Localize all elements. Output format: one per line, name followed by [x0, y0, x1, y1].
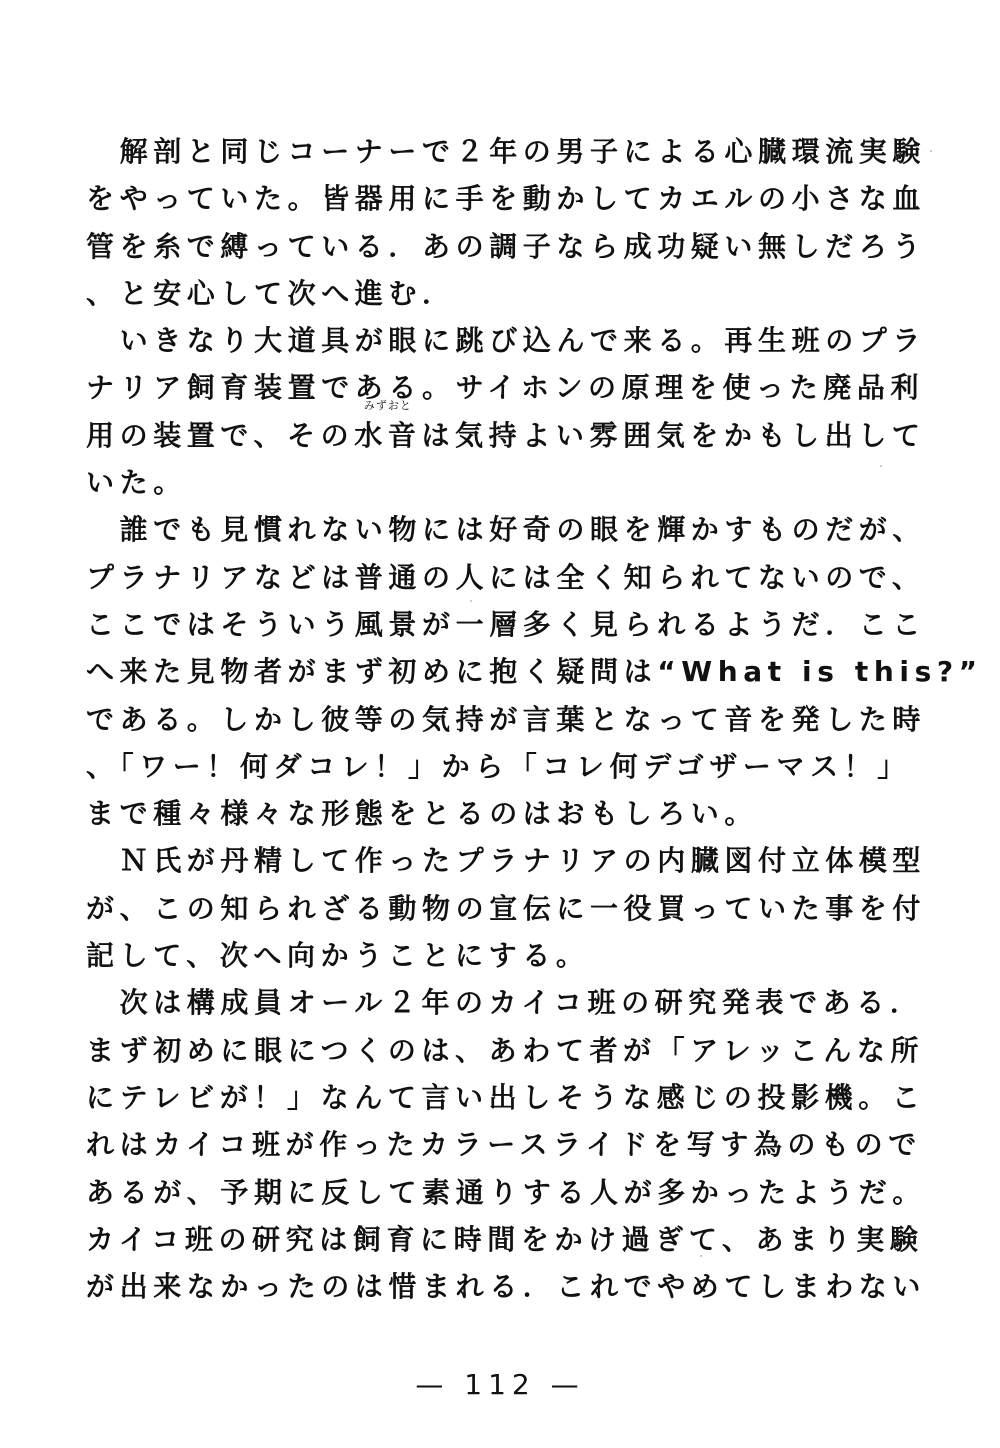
ruby-line-after: は気持よい雰囲気をかもし出して — [421, 419, 925, 452]
text-line-with-ruby: 用の装置で、そのみずおと水音は気持よい雰囲気をかもし出して — [86, 412, 886, 459]
ruby-reading: みずおと — [354, 400, 421, 411]
text-line: あるが、予期に反して素通りする人が多かったようだ。 — [86, 1169, 886, 1216]
ruby-line-before: 用の装置で、その — [86, 419, 354, 452]
scan-speck — [470, 600, 472, 602]
text-line: 誰でも見慣れない物には好奇の眼を輝かすものだが、 — [86, 506, 886, 553]
paragraph-1: 解剖と同じコーナーで２年の男子による心臓環流実験 をやっていた。皆器用に手を動か… — [86, 128, 886, 317]
paragraph-4: Ｎ氏が丹精して作ったプラナリアの内臓図付立体模型 が、この知られざる動物の宣伝に… — [86, 837, 886, 979]
text-line: カイコ班の研究は飼育に時間をかけ過ぎて、あまり実験 — [86, 1216, 886, 1263]
paragraph-2: いきなり大道具が眼に跳び込んで来る。再生班のプラ ナリア飼育装置である。サイホン… — [86, 317, 886, 506]
text-line: へ来た見物者がまず初めに抱く疑問は“What is this?” — [86, 648, 886, 695]
scan-speck — [700, 1255, 702, 1257]
page-number: — 112 — — [0, 1368, 1000, 1401]
text-line: 管を糸で縛っている．あの調子なら成功疑い無しだろう — [86, 223, 886, 270]
paragraph-5: 次は構成員オール２年のカイコ班の研究発表である． まず初めに眼につくのは、あわて… — [86, 979, 886, 1310]
text-line: である。しかし彼等の気持が言葉となって音を発した時 — [86, 696, 886, 743]
text-line: まで種々様々な形態をとるのはおもしろい。 — [86, 790, 886, 837]
text-line: まず初めに眼につくのは、あわて者が「アレッこんな所 — [86, 1027, 886, 1074]
text-line: いきなり大道具が眼に跳び込んで来る。再生班のプラ — [86, 317, 886, 364]
document-body: 解剖と同じコーナーで２年の男子による心臓環流実験 をやっていた。皆器用に手を動か… — [86, 128, 886, 1310]
text-line: 、「ワー！何ダコレ！」から「コレ何デゴザーマス！」 — [86, 743, 886, 790]
text-line: 解剖と同じコーナーで２年の男子による心臓環流実験 — [86, 128, 886, 175]
text-line: プラナリアなどは普通の人には全く知られてないので、 — [86, 554, 886, 601]
text-line: にテレビが！」なんて言い出しそうな感じの投影機。こ — [86, 1074, 886, 1121]
text-line: ここではそういう風景が一層多く見られるようだ．ここ — [86, 601, 886, 648]
ruby-annotation: みずおと水音 — [354, 412, 421, 459]
text-line: が出来なかったのは惜まれる．これでやめてしまわない — [86, 1263, 886, 1310]
scan-speck — [930, 150, 932, 152]
text-line: をやっていた。皆器用に手を動かしてカエルの小さな血 — [86, 175, 886, 222]
ruby-base: 水音 — [354, 419, 421, 452]
paragraph-3: 誰でも見慣れない物には好奇の眼を輝かすものだが、 プラナリアなどは普通の人には全… — [86, 506, 886, 837]
text-line: れはカイコ班が作ったカラースライドを写す為のもので — [86, 1121, 886, 1168]
scan-speck — [880, 465, 882, 467]
text-line: いた。 — [86, 459, 886, 506]
text-line: ナリア飼育装置である。サイホンの原理を使った廃品利 — [86, 364, 886, 411]
text-line: Ｎ氏が丹精して作ったプラナリアの内臓図付立体模型 — [86, 837, 886, 884]
scan-speck — [905, 1040, 907, 1042]
text-line: 、と安心して次へ進む． — [86, 270, 886, 317]
text-line: が、この知られざる動物の宣伝に一役買っていた事を付 — [86, 885, 886, 932]
text-line: 次は構成員オール２年のカイコ班の研究発表である． — [86, 979, 886, 1026]
text-line: 記して、次へ向かうことにする。 — [86, 932, 886, 979]
